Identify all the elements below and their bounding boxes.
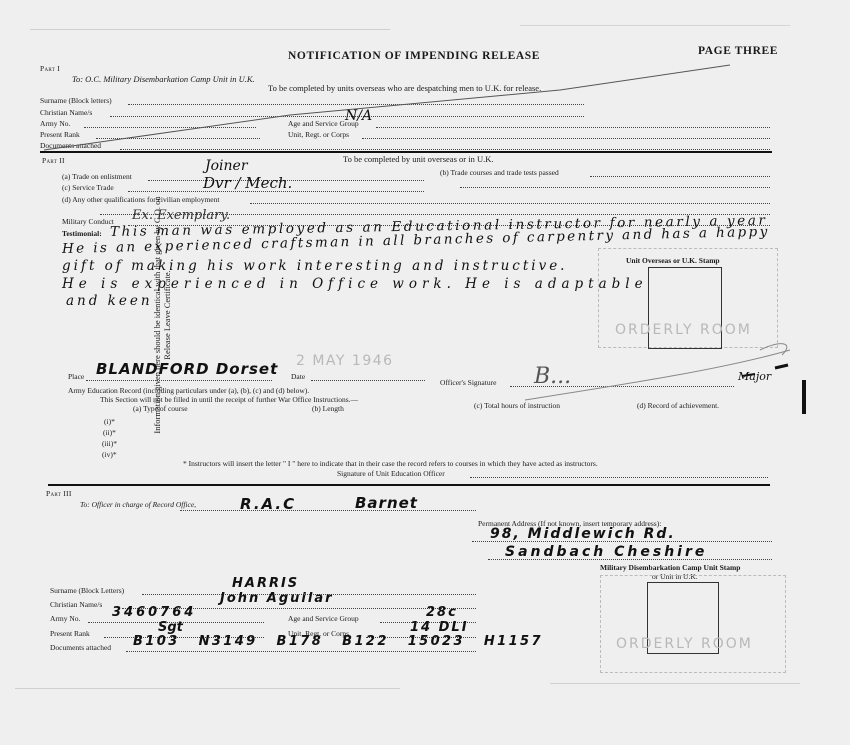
strike-through-line bbox=[40, 60, 740, 160]
age-group-label: Age and Service Group bbox=[288, 614, 359, 623]
record-office-place: Barnet bbox=[355, 494, 418, 512]
record-office-to-label: To: Officer in charge of Record Office, bbox=[80, 500, 196, 509]
record-office-field[interactable] bbox=[180, 510, 476, 511]
date-field[interactable] bbox=[311, 380, 425, 381]
trade-enlistment-label: (a) Trade on enlistment bbox=[62, 172, 132, 181]
surname-value: HARRIS bbox=[232, 576, 299, 591]
christian-names-label: Christian Name/s bbox=[50, 600, 102, 609]
surname-label: Surname (Block Letters) bbox=[50, 586, 124, 595]
instructors-footnote: * Instructors will insert the letter " I… bbox=[183, 459, 598, 468]
page-edge-line bbox=[520, 25, 790, 26]
date-stamp: 2 MAY 1946 bbox=[296, 353, 394, 369]
trade-courses-field[interactable] bbox=[590, 176, 770, 177]
col-length: (b) Length bbox=[312, 404, 344, 413]
testimonial-label: Testimonial: bbox=[62, 229, 102, 238]
army-no-value: 3460764 bbox=[112, 605, 196, 620]
officer-signature-label: Officer's Signature bbox=[440, 378, 496, 387]
page-number-label: PAGE THREE bbox=[698, 45, 778, 57]
page-edge-line bbox=[15, 688, 400, 689]
military-conduct-label: Military Conduct bbox=[62, 217, 114, 226]
testimonial-line-4: He is experienced in Office work. He is … bbox=[62, 276, 648, 292]
testimonial-line-5: and keen bbox=[66, 293, 153, 309]
col-type-of-course: (a) Type of course bbox=[133, 404, 188, 413]
education-record-line-1: Army Education Record (including particu… bbox=[68, 386, 309, 395]
release-notification-page: NOTIFICATION OF IMPENDING RELEASE PAGE T… bbox=[0, 0, 850, 745]
trade-enlistment-value: Joiner bbox=[205, 158, 248, 174]
education-record-line-2: This Section will not be filled in until… bbox=[100, 395, 358, 404]
service-trade-value: Dvr / Mech. bbox=[203, 174, 292, 192]
camp-stamp-label-1: Military Disembarkation Camp Unit Stamp bbox=[600, 563, 740, 572]
part2-label: Part II bbox=[42, 156, 65, 165]
other-quals-field[interactable] bbox=[250, 203, 770, 204]
part3-label: Part III bbox=[46, 489, 72, 498]
education-officer-label: Signature of Unit Education Officer bbox=[337, 469, 445, 478]
military-conduct-value: Ex. Exemplary. bbox=[132, 208, 230, 223]
documents-value: B103 N3149 B178 B122 15023 H1157 bbox=[133, 634, 543, 649]
signature-flourish bbox=[520, 330, 800, 410]
education-row-4: (iv)* bbox=[102, 450, 117, 459]
present-rank-label: Present Rank bbox=[50, 629, 90, 638]
documents-label: Documents attached bbox=[50, 643, 111, 652]
army-no-label: Army No. bbox=[50, 614, 80, 623]
part-divider bbox=[40, 151, 772, 153]
ink-mark bbox=[802, 380, 806, 414]
trade-courses-field-2[interactable] bbox=[460, 187, 770, 188]
record-office-value: R.A.C bbox=[240, 495, 296, 513]
place-field[interactable] bbox=[86, 380, 272, 381]
unit-value: 14 DLI bbox=[410, 620, 469, 635]
part1-scribble: N/A bbox=[345, 108, 372, 124]
trade-courses-label: (b) Trade courses and trade tests passed bbox=[440, 168, 559, 177]
education-row-1: (i)* bbox=[104, 417, 115, 426]
service-trade-label: (c) Service Trade bbox=[62, 183, 114, 192]
place-value: BLANDFORD Dorset bbox=[96, 360, 278, 378]
testimonial-line-3: gift of making his work interesting and … bbox=[62, 258, 567, 274]
part-divider bbox=[48, 484, 770, 486]
present-rank-value: Sgt bbox=[158, 620, 183, 635]
part2-instruction: To be completed by unit overseas or in U… bbox=[343, 154, 493, 164]
place-label: Place bbox=[68, 372, 84, 381]
col-record-achievement: (d) Record of achievement. bbox=[637, 401, 719, 410]
camp-stamp-faint-text: ORDERLY ROOM bbox=[616, 636, 753, 652]
address-line-2-value: Sandbach Cheshire bbox=[505, 544, 707, 560]
page-edge-line bbox=[30, 29, 390, 30]
unit-stamp-label: Unit Overseas or U.K. Stamp bbox=[626, 256, 720, 265]
documents-field[interactable] bbox=[126, 651, 476, 652]
page-edge-line bbox=[550, 683, 800, 684]
date-label: Date bbox=[291, 372, 305, 381]
education-officer-signature-field[interactable] bbox=[470, 477, 768, 478]
col-total-hours: (c) Total hours of instruction bbox=[474, 401, 560, 410]
education-row-2: (ii)* bbox=[103, 428, 116, 437]
education-row-3: (iii)* bbox=[102, 439, 117, 448]
age-group-value: 28c bbox=[426, 605, 458, 620]
christian-names-value: John Aguilar bbox=[220, 591, 334, 606]
address-line-1-value: 98, Middlewich Rd. bbox=[490, 526, 676, 542]
other-quals-label: (d) Any other qualifications for civilia… bbox=[62, 195, 219, 204]
